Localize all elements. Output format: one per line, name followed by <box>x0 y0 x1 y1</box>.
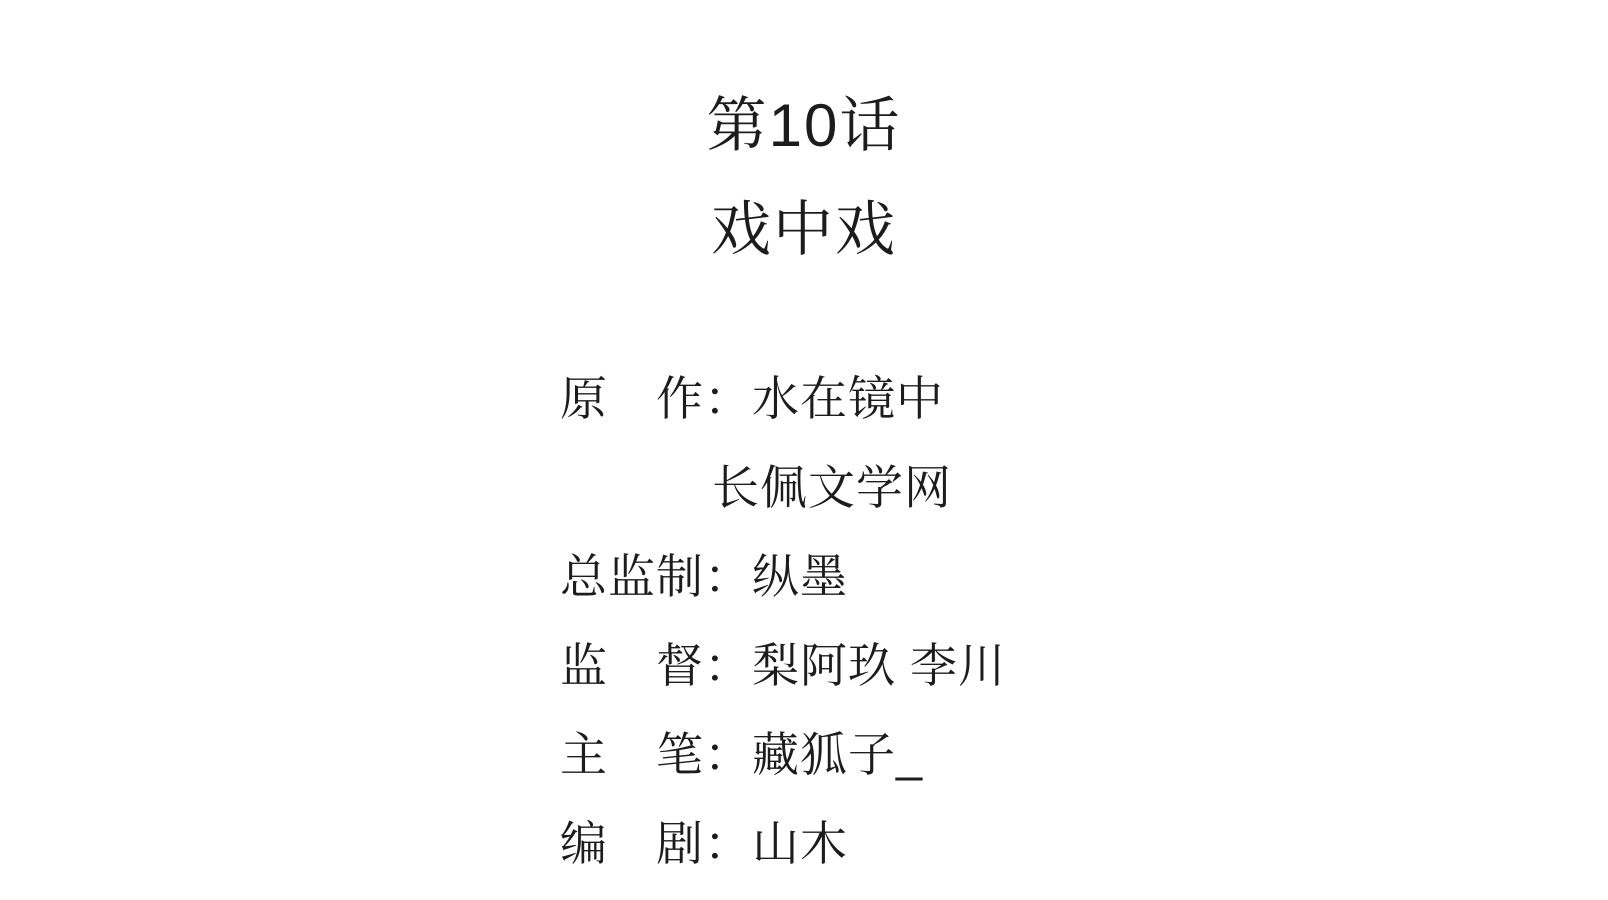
credit-value: 藏狐子_ <box>752 718 923 785</box>
credit-label: 原 作： <box>560 362 752 429</box>
credit-value: 纵墨 <box>752 540 848 607</box>
credit-line-lead-artist: 主 笔：藏狐子_ <box>560 707 1006 796</box>
credit-value: 水在镜中 <box>752 362 944 429</box>
title-block: 第10话 戏中戏 <box>0 74 1608 282</box>
credits-list: 原 作：水在镜中 长佩文学网 总监制：纵墨 监 督：梨阿玖 李川 主 笔：藏狐子… <box>560 351 1006 885</box>
credit-label: 主 笔： <box>560 718 752 785</box>
credit-line-supervisor: 监 督：梨阿玖 李川 <box>560 618 1006 707</box>
credit-value: 山木 <box>752 807 848 874</box>
credit-line-publisher: 长佩文学网 <box>560 440 1006 529</box>
credit-line-screenwriter: 编 剧：山木 <box>560 796 1006 885</box>
credits-page: 第10话 戏中戏 原 作：水在镜中 长佩文学网 总监制：纵墨 监 督：梨阿玖 李… <box>0 0 1608 900</box>
chapter-title: 戏中戏 <box>0 178 1608 282</box>
credit-value: 梨阿玖 李川 <box>752 629 1006 696</box>
chapter-number: 第10话 <box>0 74 1608 178</box>
credit-line-chief-supervisor: 总监制：纵墨 <box>560 529 1006 618</box>
credit-line-original-author: 原 作：水在镜中 <box>560 351 1006 440</box>
credit-label: 监 督： <box>560 629 752 696</box>
credit-value: 长佩文学网 <box>712 451 952 518</box>
credit-label: 编 剧： <box>560 807 752 874</box>
credit-label: 总监制： <box>560 540 752 607</box>
